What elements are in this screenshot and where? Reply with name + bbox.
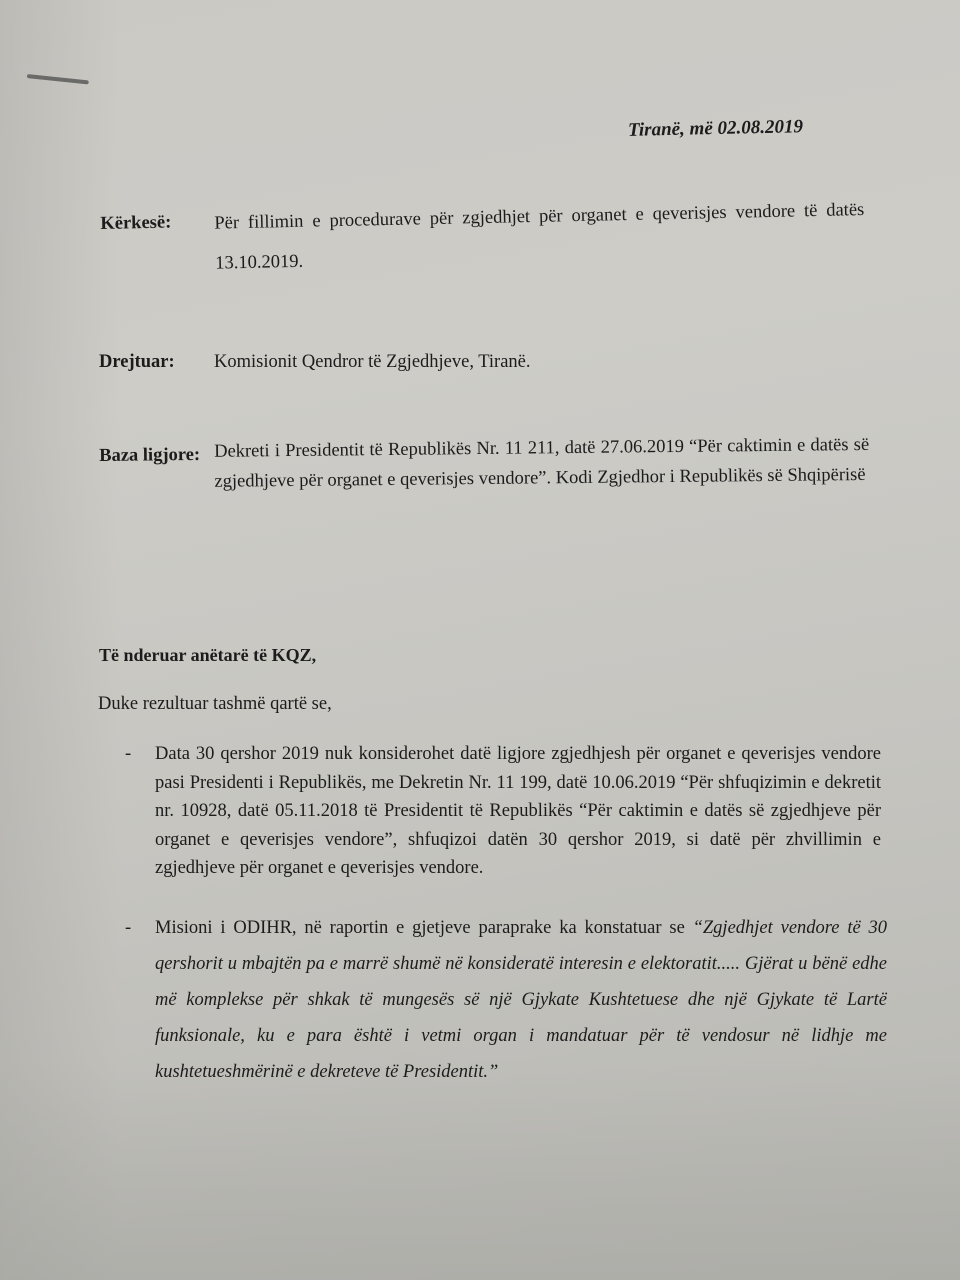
place-date: Tiranë, më 02.08.2019: [628, 116, 803, 142]
request-section: Kërkesë: Për fillimin e procedurave për …: [100, 190, 870, 206]
bullet-text: Misioni i ODIHR, në raportin e gjetjeve …: [155, 910, 887, 1090]
request-label: Kërkesë:: [100, 205, 172, 242]
bullet-dash: -: [125, 740, 131, 769]
shadow-overlay: [0, 0, 120, 1280]
staple-mark: [27, 74, 89, 84]
legal-basis-label: Baza ligjore:: [99, 437, 200, 474]
request-text: Për fillimin e procedurave për zgjedhjet…: [214, 190, 866, 284]
greeting: Të nderuar anëtarë të KQZ,: [99, 645, 316, 666]
addressed-to-text: Komisionit Qendror të Zgjedhjeve, Tiranë…: [214, 344, 694, 380]
shadow-overlay-bottom: [0, 1060, 960, 1280]
bullet-dash: -: [125, 910, 131, 946]
addressed-to-label: Drejtuar:: [99, 344, 175, 380]
legal-basis-section: Baza ligjore: Dekreti i Presidentit të R…: [99, 430, 874, 438]
bullet-text: Data 30 qershor 2019 nuk konsiderohet da…: [155, 740, 881, 883]
odihr-quote: “Zgjedhjet vendore të 30 qershorit u mba…: [155, 918, 887, 1082]
bullet-lead-text: Misioni i ODIHR, në raportin e gjetjeve …: [155, 918, 693, 938]
intro-text: Duke rezultuar tashmë qartë se,: [98, 694, 332, 715]
legal-basis-text: Dekreti i Presidentit të Republikës Nr. …: [214, 430, 870, 497]
document-page: Tiranë, më 02.08.2019 Kërkesë: Për filli…: [0, 0, 960, 1280]
